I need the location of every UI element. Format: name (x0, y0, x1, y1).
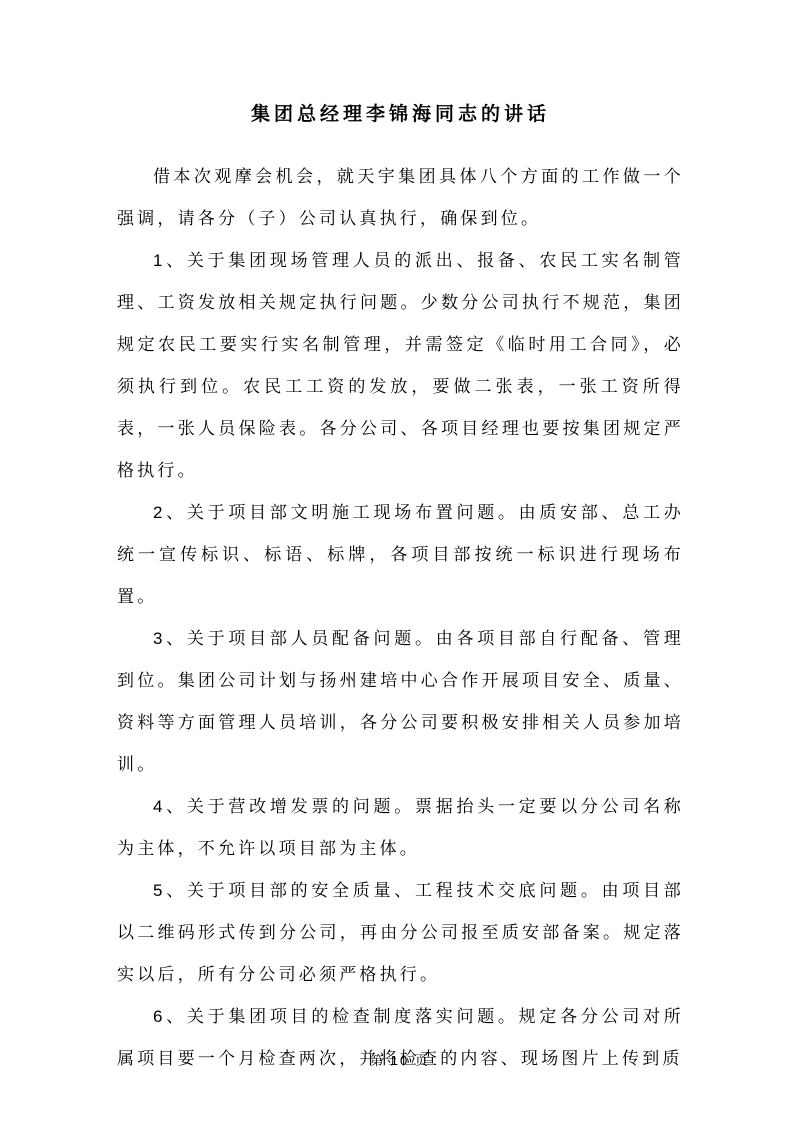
page-number: 第 10 页 (0, 1050, 800, 1069)
paragraph-intro: 借本次观摩会机会，就天宇集团具体八个方面的工作做一个强调，请各分（子）公司认真执… (117, 156, 684, 240)
document-body: 集团总经理李锦海同志的讲话 借本次观摩会机会，就天宇集团具体八个方面的工作做一个… (117, 98, 684, 1080)
document-title: 集团总经理李锦海同志的讲话 (117, 98, 684, 132)
paragraph-item-3: 3、关于项目部人员配备问题。由各项目部自行配备、管理到位。集团公司计划与扬州建培… (117, 618, 684, 786)
document-page: 集团总经理李锦海同志的讲话 借本次观摩会机会，就天宇集团具体八个方面的工作做一个… (0, 0, 800, 1131)
paragraph-item-2: 2、关于项目部文明施工现场布置问题。由质安部、总工办统一宣传标识、标语、标牌，各… (117, 492, 684, 618)
paragraph-item-4: 4、关于营改增发票的问题。票据抬头一定要以分公司名称为主体，不允许以项目部为主体… (117, 786, 684, 870)
paragraph-item-5: 5、关于项目部的安全质量、工程技术交底问题。由项目部以二维码形式传到分公司，再由… (117, 870, 684, 996)
paragraph-item-1: 1、关于集团现场管理人员的派出、报备、农民工实名制管理、工资发放相关规定执行问题… (117, 240, 684, 492)
